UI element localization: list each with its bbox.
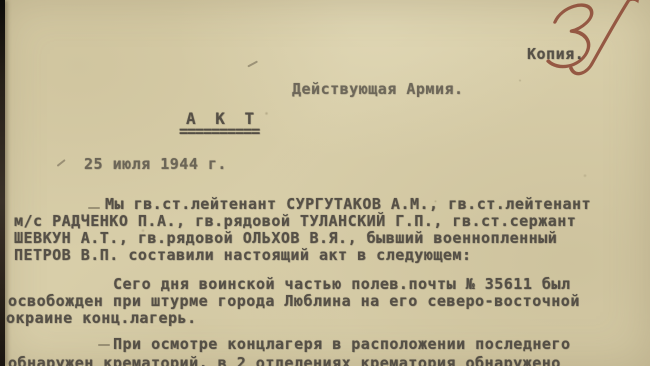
paragraph-3-line-2: обнаружен крематорий, в 2 отделениях кре…	[8, 356, 561, 366]
document-page: Копия. Действующая Армия. А К Т ========…	[0, 0, 650, 366]
date-line: 25 июля 1944 г.	[84, 157, 227, 172]
copy-label: Копия.	[527, 47, 584, 62]
stray-mark	[88, 207, 100, 209]
paragraph-1-line-3: ШЕВКУН А.Т., гв.рядовой ОЛЬХОВ В.Я., быв…	[14, 231, 557, 246]
paragraph-1-line-2: м/с РАДЧЕНКО П.А., гв.рядовой ТУЛАНСКИЙ …	[14, 214, 576, 229]
paragraph-3-line-1: При осмотре концлагеря в расположении по…	[113, 337, 570, 352]
paragraph-2-line-1: Сего дня воинской частью полев.почты № 3…	[113, 277, 570, 292]
paragraph-1-line-4: ПЕТРОВ В.П. составили настоящий акт в сл…	[14, 248, 471, 263]
army-line: Действующая Армия.	[292, 82, 464, 97]
title-underline: ==========	[179, 124, 259, 139]
stray-mark	[57, 159, 66, 166]
stray-mark	[98, 344, 110, 346]
stray-mark	[247, 61, 257, 67]
paragraph-1-line-1: Мы гв.ст.лейтенант СУРГУТАКОВ А.М., гв.с…	[105, 197, 591, 212]
handwritten-page-number	[532, 0, 639, 82]
paragraph-2-line-3: окраине конц.лагерь.	[6, 311, 197, 326]
paragraph-2-line-2: освобожден при штурме города Люблина на …	[8, 294, 580, 309]
scan-edge	[0, 0, 5, 366]
